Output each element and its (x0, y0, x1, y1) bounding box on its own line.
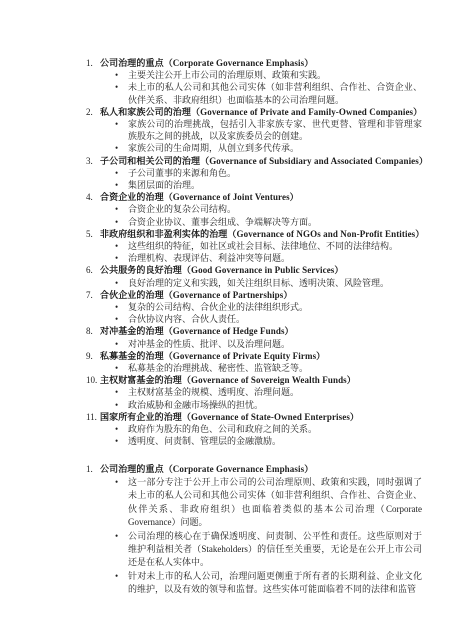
item-title-en: （Governance of NGOs and Non-Profit Entit… (227, 229, 424, 239)
item-title: 主权财富基金的治理（Governance of Sovereign Wealth… (100, 374, 422, 386)
bullet-icon: • (115, 179, 128, 191)
bullet-icon: • (115, 167, 128, 179)
item-body: 国家所有企业的治理（Governance of State-Owned Ente… (100, 411, 422, 448)
bullet-row: • 公司治理的核心在于确保透明度、问责制、公平性和责任。这些原则对于维护利益相关… (100, 530, 422, 570)
item-title-zh: 国家所有企业的治理 (100, 412, 182, 422)
bullet-list: • 这些组织的特征，如社区或社会目标、法律地位、不同的法律结构。 • 治理机构、… (100, 240, 422, 264)
bullet-row: • 主要关注公开上市公司的治理原则、政策和实践。 (100, 69, 422, 81)
item-title-en: （Governance of Partnerships） (164, 290, 293, 300)
bullet-text: 良好治理的定义和实践，如关注组织目标、透明决策、风险管理。 (128, 277, 422, 289)
item-body: 合伙企业的治理（Governance of Partnerships） • 复杂… (100, 289, 422, 326)
item-number: 10. (86, 374, 100, 386)
item-title: 公司治理的重点（Corporate Governance Emphasis） (100, 463, 422, 476)
item-title-zh: 合伙企业的治理 (100, 290, 164, 300)
item-number: 6. (86, 264, 100, 276)
bullet-text: 主权财富基金的规模、透明度、治理问题。 (128, 386, 422, 398)
list-item: 1. 公司治理的重点（Corporate Governance Emphasis… (86, 463, 422, 597)
bullet-list: • 复杂的公司结构、合伙企业的法律组织形式。 • 合伙协议内容、合伙人责任。 (100, 301, 422, 325)
bullet-row: • 合资企业协议、董事会组成、争端解决等方面。 (100, 216, 422, 228)
list-item: 6. 公共服务的良好治理（Good Governance in Public S… (86, 264, 422, 288)
bullet-text: 集团层面的治理。 (128, 179, 422, 191)
bullet-icon: • (115, 277, 128, 289)
item-body: 私募基金的治理（Governance of Private Equity Fir… (100, 350, 422, 374)
bullet-text: 主要关注公开上市公司的治理原则、政策和实践。 (128, 69, 422, 81)
bullet-row: • 合资企业的复杂公司结构。 (100, 203, 422, 215)
bullet-icon: • (115, 476, 128, 489)
bullet-list: • 良好治理的定义和实践，如关注组织目标、透明决策、风险管理。 (100, 277, 422, 289)
item-body: 公司治理的重点（Corporate Governance Emphasis） •… (100, 463, 422, 597)
bullet-list: • 合资企业的复杂公司结构。 • 合资企业协议、董事会组成、争端解决等方面。 (100, 203, 422, 227)
bullet-icon: • (115, 530, 128, 543)
item-title-zh: 公司治理的重点 (100, 58, 164, 68)
item-title-zh: 公共服务的良好治理 (100, 265, 182, 275)
bullet-row: • 针对未上市的私人公司，治理问题更侧重于所有者的长期利益、企业文化的维护，以及… (100, 570, 422, 597)
bullet-list: • 政府作为股东的角色、公司和政府之间的关系。 • 透明度、问责制、管理层的金融… (100, 423, 422, 447)
bullet-icon: • (115, 386, 128, 398)
bullet-text: 对冲基金的性质、批评、以及治理问题。 (128, 338, 422, 350)
item-title: 公司治理的重点（Corporate Governance Emphasis） (100, 57, 422, 69)
bullet-text: 子公司董事的来源和角色。 (128, 167, 422, 179)
item-title-zh: 私募基金的治理 (100, 351, 164, 361)
item-title: 公共服务的良好治理（Good Governance in Public Serv… (100, 264, 422, 276)
item-title-en: （Corporate Governance Emphasis） (164, 464, 314, 474)
document-content: 1. 公司治理的重点（Corporate Governance Emphasis… (86, 57, 422, 597)
item-number: 11. (86, 411, 100, 423)
item-title-en: （Governance of Subsidiary and Associated… (200, 156, 428, 166)
item-title: 对冲基金的治理（Governance of Hedge Funds） (100, 325, 422, 337)
item-title-en: （Governance of Sovereign Wealth Funds） (182, 375, 356, 385)
bullet-icon: • (115, 399, 128, 411)
bullet-list: • 主权财富基金的规模、透明度、治理问题。 • 政治威胁和金融市场操纵的担忧。 (100, 386, 422, 410)
bullet-row: • 治理机构、表现评估、利益冲突等问题。 (100, 252, 422, 264)
item-title-zh: 主权财富基金的治理 (100, 375, 182, 385)
bullet-text: 这一部分专注于公开上市公司的公司治理原则、政策和实践，同时强调了未上市的私人公司… (128, 476, 422, 530)
item-number: 1. (86, 463, 100, 476)
item-body: 公司治理的重点（Corporate Governance Emphasis） •… (100, 57, 422, 106)
bullet-row: • 家族公司的治理挑战，包括引入非家族专家、世代更替、管理和非管理家族股东之间的… (100, 118, 422, 142)
item-title-en: （Governance of Hedge Funds） (164, 326, 294, 336)
bullet-icon: • (115, 423, 128, 435)
bullet-text: 政治威胁和金融市场操纵的担忧。 (128, 399, 422, 411)
bullet-row: • 这一部分专注于公开上市公司的公司治理原则、政策和实践，同时强调了未上市的私人… (100, 476, 422, 530)
topic-detail-section: 1. 公司治理的重点（Corporate Governance Emphasis… (86, 463, 422, 597)
bullet-row: • 这些组织的特征，如社区或社会目标、法律地位、不同的法律结构。 (100, 240, 422, 252)
bullet-text: 私募基金的治理挑战、秘密性、监管缺乏等。 (128, 362, 422, 374)
bullet-list: • 子公司董事的来源和角色。 • 集团层面的治理。 (100, 167, 422, 191)
bullet-row: • 子公司董事的来源和角色。 (100, 167, 422, 179)
document-page: 1. 公司治理的重点（Corporate Governance Emphasis… (0, 0, 474, 632)
item-title: 合伙企业的治理（Governance of Partnerships） (100, 289, 422, 301)
topic-outline-section: 1. 公司治理的重点（Corporate Governance Emphasis… (86, 57, 422, 448)
item-title-en: （Good Governance in Public Services） (182, 265, 344, 275)
item-title: 私募基金的治理（Governance of Private Equity Fir… (100, 350, 422, 362)
item-title-en: （Governance of Private Equity Firms） (164, 351, 326, 361)
item-body: 合资企业的治理（Governance of Joint Ventures） • … (100, 191, 422, 228)
item-number: 1. (86, 57, 100, 69)
bullet-text: 未上市的私人公司和其他公司实体（如非营利组织、合作社、合资企业、伙伴关系、非政府… (128, 81, 422, 105)
bullet-icon: • (115, 216, 128, 228)
item-title-zh: 非政府组织和非盈利实体的治理 (100, 229, 227, 239)
list-item: 7. 合伙企业的治理（Governance of Partnerships） •… (86, 289, 422, 326)
bullet-row: • 政府作为股东的角色、公司和政府之间的关系。 (100, 423, 422, 435)
bullet-row: • 对冲基金的性质、批评、以及治理问题。 (100, 338, 422, 350)
bullet-text: 针对未上市的私人公司，治理问题更侧重于所有者的长期利益、企业文化的维护，以及有效… (128, 570, 422, 597)
item-body: 公共服务的良好治理（Good Governance in Public Serv… (100, 264, 422, 288)
bullet-row: • 未上市的私人公司和其他公司实体（如非营利组织、合作社、合资企业、伙伴关系、非… (100, 81, 422, 105)
bullet-icon: • (115, 362, 128, 374)
bullet-icon: • (115, 69, 128, 81)
bullet-row: • 透明度、问责制、管理层的金融激励。 (100, 435, 422, 447)
list-item: 3. 子公司和相关公司的治理（Governance of Subsidiary … (86, 155, 422, 192)
item-body: 非政府组织和非盈利实体的治理（Governance of NGOs and No… (100, 228, 422, 265)
list-item: 1. 公司治理的重点（Corporate Governance Emphasis… (86, 57, 422, 106)
item-body: 子公司和相关公司的治理（Governance of Subsidiary and… (100, 155, 422, 192)
item-title: 子公司和相关公司的治理（Governance of Subsidiary and… (100, 155, 422, 167)
item-title-en: （Governance of Joint Ventures） (164, 192, 299, 202)
bullet-row: • 私募基金的治理挑战、秘密性、监管缺乏等。 (100, 362, 422, 374)
item-title-zh: 对冲基金的治理 (100, 326, 164, 336)
list-item: 8. 对冲基金的治理（Governance of Hedge Funds） • … (86, 325, 422, 349)
item-number: 4. (86, 191, 100, 203)
item-title: 私人和家族公司的治理（Governance of Private and Fam… (100, 106, 422, 118)
list-item: 2. 私人和家族公司的治理（Governance of Private and … (86, 106, 422, 155)
bullet-text: 复杂的公司结构、合伙企业的法律组织形式。 (128, 301, 422, 313)
bullet-text: 治理机构、表现评估、利益冲突等问题。 (128, 252, 422, 264)
item-number: 8. (86, 325, 100, 337)
bullet-text: 这些组织的特征，如社区或社会目标、法律地位、不同的法律结构。 (128, 240, 422, 252)
bullet-list: • 对冲基金的性质、批评、以及治理问题。 (100, 338, 422, 350)
item-number: 5. (86, 228, 100, 240)
item-title-zh: 公司治理的重点 (100, 464, 164, 474)
bullet-icon: • (115, 301, 128, 313)
bullet-text: 合资企业的复杂公司结构。 (128, 203, 422, 215)
bullet-icon: • (115, 252, 128, 264)
bullet-icon: • (115, 203, 128, 215)
item-title-en: （Corporate Governance Emphasis） (164, 58, 314, 68)
item-title-en: （Governance of Private and Family-Owned … (191, 107, 422, 117)
item-title-zh: 私人和家族公司的治理 (100, 107, 191, 117)
bullet-text: 透明度、问责制、管理层的金融激励。 (128, 435, 422, 447)
bullet-icon: • (115, 118, 128, 130)
list-item: 4. 合资企业的治理（Governance of Joint Ventures）… (86, 191, 422, 228)
item-body: 对冲基金的治理（Governance of Hedge Funds） • 对冲基… (100, 325, 422, 349)
bullet-icon: • (115, 142, 128, 154)
bullet-icon: • (115, 81, 128, 93)
bullet-row: • 政治威胁和金融市场操纵的担忧。 (100, 399, 422, 411)
bullet-row: • 合伙协议内容、合伙人责任。 (100, 313, 422, 325)
item-title: 合资企业的治理（Governance of Joint Ventures） (100, 191, 422, 203)
bullet-text: 合资企业协议、董事会组成、争端解决等方面。 (128, 216, 422, 228)
item-number: 9. (86, 350, 100, 362)
list-item: 11. 国家所有企业的治理（Governance of State-Owned … (86, 411, 422, 448)
bullet-text: 合伙协议内容、合伙人责任。 (128, 313, 422, 325)
bullet-list: • 主要关注公开上市公司的治理原则、政策和实践。 • 未上市的私人公司和其他公司… (100, 69, 422, 106)
bullet-list: • 这一部分专注于公开上市公司的公司治理原则、政策和实践，同时强调了未上市的私人… (100, 476, 422, 597)
list-item: 10. 主权财富基金的治理（Governance of Sovereign We… (86, 374, 422, 411)
bullet-text: 政府作为股东的角色、公司和政府之间的关系。 (128, 423, 422, 435)
item-title-zh: 合资企业的治理 (100, 192, 164, 202)
bullet-text: 家族公司的生命周期，从创立到多代传承。 (128, 142, 422, 154)
bullet-icon: • (115, 240, 128, 252)
list-item: 5. 非政府组织和非盈利实体的治理（Governance of NGOs and… (86, 228, 422, 265)
bullet-icon: • (115, 570, 128, 583)
item-number: 2. (86, 106, 100, 118)
item-body: 主权财富基金的治理（Governance of Sovereign Wealth… (100, 374, 422, 411)
item-title-zh: 子公司和相关公司的治理 (100, 156, 200, 166)
bullet-icon: • (115, 435, 128, 447)
bullet-icon: • (115, 338, 128, 350)
list-item: 9. 私募基金的治理（Governance of Private Equity … (86, 350, 422, 374)
bullet-row: • 主权财富基金的规模、透明度、治理问题。 (100, 386, 422, 398)
item-body: 私人和家族公司的治理（Governance of Private and Fam… (100, 106, 422, 155)
bullet-text: 家族公司的治理挑战，包括引入非家族专家、世代更替、管理和非管理家族股东之间的挑战… (128, 118, 422, 142)
item-title: 非政府组织和非盈利实体的治理（Governance of NGOs and No… (100, 228, 422, 240)
item-title-en: （Governance of State-Owned Enterprises） (182, 412, 359, 422)
bullet-text: 公司治理的核心在于确保透明度、问责制、公平性和责任。这些原则对于维护利益相关者（… (128, 530, 422, 570)
bullet-list: • 家族公司的治理挑战，包括引入非家族专家、世代更替、管理和非管理家族股东之间的… (100, 118, 422, 155)
item-number: 7. (86, 289, 100, 301)
bullet-row: • 良好治理的定义和实践，如关注组织目标、透明决策、风险管理。 (100, 277, 422, 289)
item-number: 3. (86, 155, 100, 167)
item-title: 国家所有企业的治理（Governance of State-Owned Ente… (100, 411, 422, 423)
bullet-row: • 复杂的公司结构、合伙企业的法律组织形式。 (100, 301, 422, 313)
bullet-row: • 家族公司的生命周期，从创立到多代传承。 (100, 142, 422, 154)
bullet-list: • 私募基金的治理挑战、秘密性、监管缺乏等。 (100, 362, 422, 374)
bullet-icon: • (115, 313, 128, 325)
bullet-row: • 集团层面的治理。 (100, 179, 422, 191)
